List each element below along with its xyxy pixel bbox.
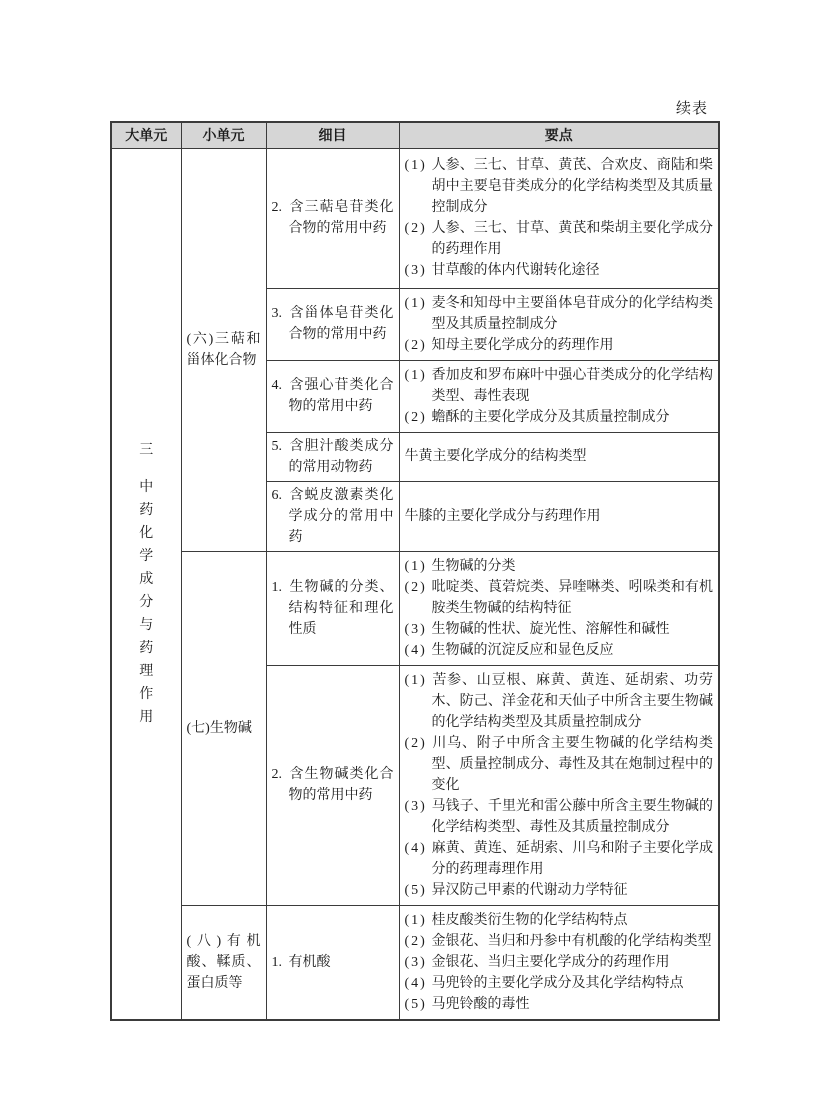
point-number: (3) (405, 952, 432, 973)
major-unit-title: 中药化学成分与药理作用 (138, 476, 154, 729)
major-unit-number: 三 (138, 439, 154, 462)
points-cell: 牛膝的主要化学成分与药理作用 (399, 481, 719, 551)
detail-cell: 1.生物碱的分类、结构特征和理化性质 (266, 551, 399, 665)
point-number: (5) (405, 994, 432, 1015)
subunit-cell-6: (六)三萜和甾体化合物 (181, 148, 266, 551)
table-row: 三 中药化学成分与药理作用 (六)三萜和甾体化合物 2.含三萜皂苷类化合物的常用… (111, 148, 719, 288)
detail-number: 1. (272, 952, 289, 973)
table-row: (八)有机酸、鞣质、蛋白质等 1.有机酸 (1)桂皮酸类衍生物的化学结构特点 (… (111, 905, 719, 1020)
point-item: (1)桂皮酸类衍生物的化学结构特点 (405, 910, 714, 931)
point-item: (2)知母主要化学成分的药理作用 (405, 335, 714, 356)
point-number: (3) (405, 796, 432, 817)
point-item: (4)马兜铃的主要化学成分及其化学结构特点 (405, 973, 714, 994)
detail-number: 1. (272, 577, 289, 598)
detail-number: 2. (272, 764, 289, 785)
point-item: (1)香加皮和罗布麻叶中强心苷类成分的化学结构类型、毒性表现 (405, 365, 714, 407)
detail-text: 2.含生物碱类化合物的常用中药 (272, 764, 394, 806)
document-page: 续表 大单元 小单元 细目 要点 三 中药化学成分与药理作用 (六)三萜和 (0, 0, 816, 1100)
continued-table-label: 续表 (110, 97, 708, 118)
point-number: (3) (405, 260, 432, 281)
points-cell: (1)香加皮和罗布麻叶中强心苷类成分的化学结构类型、毒性表现 (2)蟾酥的主要化… (399, 360, 719, 432)
point-text: 知母主要化学成分的药理作用 (432, 338, 614, 353)
points-cell: (1)桂皮酸类衍生物的化学结构特点 (2)金银花、当归和丹参中有机酸的化学结构类… (399, 905, 719, 1020)
point-text: 马兜铃的主要化学成分及其化学结构特点 (432, 976, 684, 991)
detail-text: 1.生物碱的分类、结构特征和理化性质 (272, 577, 394, 640)
point-item: (3)生物碱的性状、旋光性、溶解性和碱性 (405, 619, 714, 640)
point-text: 香加皮和罗布麻叶中强心苷类成分的化学结构类型、毒性表现 (432, 368, 714, 404)
point-text: 人参、三七、甘草、黄芪和柴胡主要化学成分的药理作用 (432, 221, 714, 257)
point-number: (3) (405, 619, 432, 640)
point-number: (2) (405, 577, 432, 598)
point-item: (2)川乌、附子中所含主要生物碱的化学结构类型、质量控制成分、毒性及其在炮制过程… (405, 733, 714, 796)
point-text: 川乌、附子中所含主要生物碱的化学结构类型、质量控制成分、毒性及其在炮制过程中的变… (432, 736, 714, 793)
detail-number: 6. (272, 485, 289, 506)
point-item: 牛膝的主要化学成分与药理作用 (405, 506, 714, 527)
subunit-cell-8: (八)有机酸、鞣质、蛋白质等 (181, 905, 266, 1020)
point-number: (2) (405, 407, 432, 428)
detail-cell: 2.含生物碱类化合物的常用中药 (266, 665, 399, 905)
major-unit-cell: 三 中药化学成分与药理作用 (111, 148, 181, 1020)
point-number: (2) (405, 218, 432, 239)
detail-cell: 2.含三萜皂苷类化合物的常用中药 (266, 148, 399, 288)
point-number: (4) (405, 838, 432, 859)
point-number: (4) (405, 973, 432, 994)
point-text: 麦冬和知母中主要甾体皂苷成分的化学结构类型及其质量控制成分 (432, 296, 714, 332)
point-text: 异汉防己甲素的代谢动力学特征 (432, 883, 628, 898)
detail-number: 5. (272, 436, 289, 457)
table-row: (七)生物碱 1.生物碱的分类、结构特征和理化性质 (1)生物碱的分类 (2)吡… (111, 551, 719, 665)
point-text: 蟾酥的主要化学成分及其质量控制成分 (432, 410, 670, 425)
table-header-row: 大单元 小单元 细目 要点 (111, 122, 719, 148)
point-item: (3)马钱子、千里光和雷公藤中所含主要生物碱的化学结构类型、毒性及其质量控制成分 (405, 796, 714, 838)
point-text: 马兜铃酸的毒性 (432, 997, 530, 1012)
point-text: 苦参、山豆根、麻黄、黄连、延胡索、功劳木、防己、洋金花和天仙子中所含主要生物碱的… (432, 673, 714, 730)
point-item: (2)蟾酥的主要化学成分及其质量控制成分 (405, 407, 714, 428)
detail-cell: 1.有机酸 (266, 905, 399, 1020)
points-cell: (1)人参、三七、甘草、黄芪、合欢皮、商陆和柴胡中主要皂苷类成分的化学结构类型及… (399, 148, 719, 288)
detail-cell: 6.含蜕皮激素类化学成分的常用中药 (266, 481, 399, 551)
point-number: (1) (405, 670, 432, 691)
point-text: 金银花、当归和丹参中有机酸的化学结构类型 (432, 934, 712, 949)
point-number: (4) (405, 640, 432, 661)
point-item: (1)苦参、山豆根、麻黄、黄连、延胡索、功劳木、防己、洋金花和天仙子中所含主要生… (405, 670, 714, 733)
point-number: (1) (405, 910, 432, 931)
point-item: (4)生物碱的沉淀反应和显色反应 (405, 640, 714, 661)
point-text: 生物碱的沉淀反应和显色反应 (432, 643, 614, 658)
point-number: (2) (405, 733, 432, 754)
points-cell: (1)苦参、山豆根、麻黄、黄连、延胡索、功劳木、防己、洋金花和天仙子中所含主要生… (399, 665, 719, 905)
point-text: 金银花、当归主要化学成分的药理作用 (432, 955, 670, 970)
detail-text: 6.含蜕皮激素类化学成分的常用中药 (272, 485, 394, 548)
point-number: (1) (405, 293, 432, 314)
points-cell: (1)生物碱的分类 (2)吡啶类、莨菪烷类、异喹啉类、吲哚类和有机胺类生物碱的结… (399, 551, 719, 665)
point-item: (5)马兜铃酸的毒性 (405, 994, 714, 1015)
point-number: (1) (405, 556, 432, 577)
header-detail: 细目 (266, 122, 399, 148)
point-item: (5)异汉防己甲素的代谢动力学特征 (405, 880, 714, 901)
header-major-unit: 大单元 (111, 122, 181, 148)
point-item: (3)金银花、当归主要化学成分的药理作用 (405, 952, 714, 973)
point-item: (4)麻黄、黄连、延胡索、川乌和附子主要化学成分的药理毒理作用 (405, 838, 714, 880)
point-item: (2)金银花、当归和丹参中有机酸的化学结构类型 (405, 931, 714, 952)
point-number: (2) (405, 335, 432, 356)
point-item: (1)人参、三七、甘草、黄芪、合欢皮、商陆和柴胡中主要皂苷类成分的化学结构类型及… (405, 155, 714, 218)
detail-cell: 4.含强心苷类化合物的常用中药 (266, 360, 399, 432)
point-number: (1) (405, 155, 432, 176)
detail-text: 1.有机酸 (272, 952, 394, 973)
point-item: 牛黄主要化学成分的结构类型 (405, 446, 714, 467)
subunit-cell-7: (七)生物碱 (181, 551, 266, 905)
point-text: 桂皮酸类衍生物的化学结构特点 (432, 913, 628, 928)
point-text: 生物碱的性状、旋光性、溶解性和碱性 (432, 622, 670, 637)
point-text: 马钱子、千里光和雷公藤中所含主要生物碱的化学结构类型、毒性及其质量控制成分 (432, 799, 714, 835)
point-item: (2)吡啶类、莨菪烷类、异喹啉类、吲哚类和有机胺类生物碱的结构特征 (405, 577, 714, 619)
syllabus-table: 大单元 小单元 细目 要点 三 中药化学成分与药理作用 (六)三萜和甾体化合物 … (110, 121, 720, 1021)
header-key-points: 要点 (399, 122, 719, 148)
point-item: (3)甘草酸的体内代谢转化途径 (405, 260, 714, 281)
detail-number: 3. (272, 303, 289, 324)
detail-text: 4.含强心苷类化合物的常用中药 (272, 375, 394, 417)
point-item: (1)麦冬和知母中主要甾体皂苷成分的化学结构类型及其质量控制成分 (405, 293, 714, 335)
detail-number: 4. (272, 375, 289, 396)
point-text: 生物碱的分类 (432, 559, 516, 574)
point-text: 人参、三七、甘草、黄芪、合欢皮、商陆和柴胡中主要皂苷类成分的化学结构类型及其质量… (432, 158, 714, 215)
point-text: 甘草酸的体内代谢转化途径 (432, 263, 600, 278)
header-sub-unit: 小单元 (181, 122, 266, 148)
point-text: 吡啶类、莨菪烷类、异喹啉类、吲哚类和有机胺类生物碱的结构特征 (432, 580, 714, 616)
points-cell: (1)麦冬和知母中主要甾体皂苷成分的化学结构类型及其质量控制成分 (2)知母主要… (399, 288, 719, 360)
detail-cell: 5.含胆汁酸类成分的常用动物药 (266, 432, 399, 481)
point-number: (5) (405, 880, 432, 901)
detail-number: 2. (272, 197, 289, 218)
detail-cell: 3.含甾体皂苷类化合物的常用中药 (266, 288, 399, 360)
point-number: (1) (405, 365, 432, 386)
detail-text: 2.含三萜皂苷类化合物的常用中药 (272, 197, 394, 239)
points-cell: 牛黄主要化学成分的结构类型 (399, 432, 719, 481)
point-item: (1)生物碱的分类 (405, 556, 714, 577)
point-item: (2)人参、三七、甘草、黄芪和柴胡主要化学成分的药理作用 (405, 218, 714, 260)
point-text: 麻黄、黄连、延胡索、川乌和附子主要化学成分的药理毒理作用 (432, 841, 714, 877)
detail-text: 5.含胆汁酸类成分的常用动物药 (272, 436, 394, 478)
detail-text: 3.含甾体皂苷类化合物的常用中药 (272, 303, 394, 345)
point-number: (2) (405, 931, 432, 952)
